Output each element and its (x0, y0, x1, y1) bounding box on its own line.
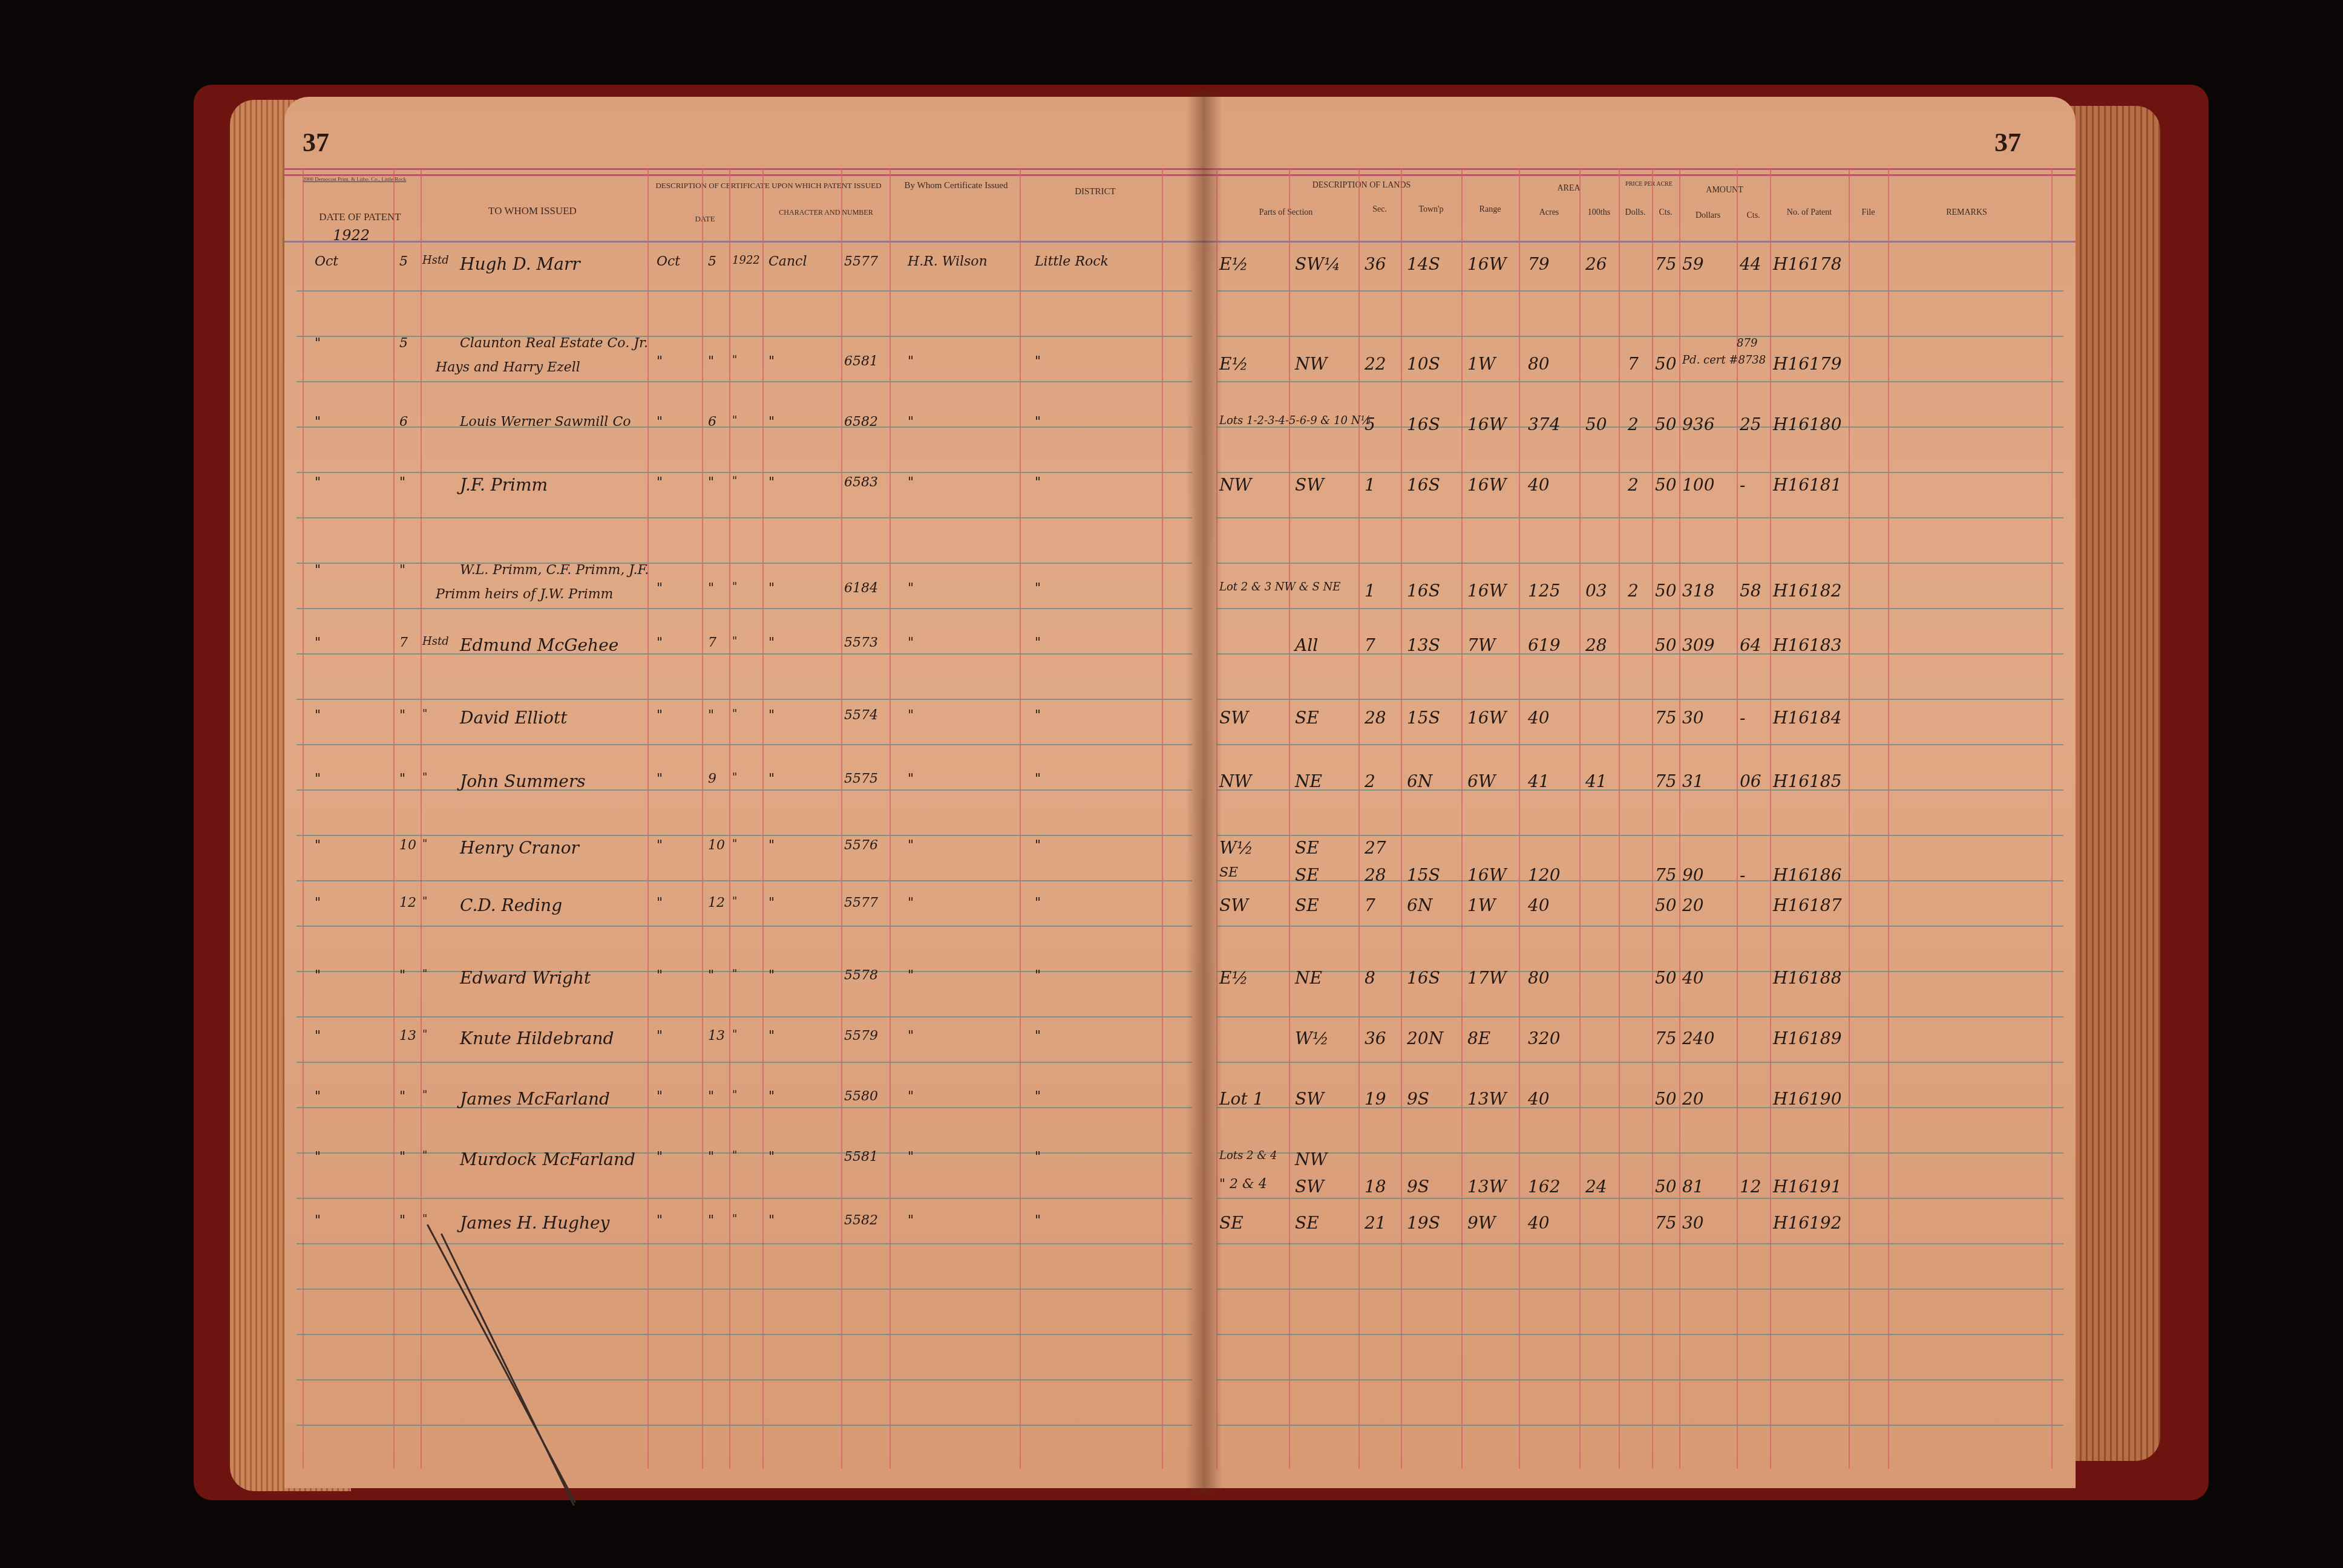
entry-type: " (422, 1149, 427, 1162)
patent-day: 5 (399, 254, 408, 269)
row-rule (297, 336, 1192, 337)
acres: 80 (1528, 968, 1550, 988)
header-100ths: 100ths (1579, 209, 1619, 218)
entry-type: " (422, 1028, 427, 1041)
section: 1 (1365, 581, 1375, 601)
row-rule (297, 381, 1192, 382)
section: 7 (1365, 895, 1375, 915)
section: 7 (1365, 635, 1375, 655)
column-rule (1679, 168, 1680, 1469)
cert-day: " (708, 1089, 714, 1104)
section: 36 (1365, 254, 1386, 274)
row-rule (297, 971, 1192, 972)
range: 13W (1467, 1089, 1506, 1109)
parts-of-section-1: Lot 1 (1219, 1089, 1263, 1109)
township: 16S (1407, 968, 1440, 988)
cert-character: " (768, 475, 775, 490)
row-rule (297, 835, 1192, 836)
issued-by: " (908, 581, 914, 596)
township: 14S (1407, 254, 1440, 274)
cert-number: 6582 (844, 414, 878, 430)
patent-day: " (399, 563, 405, 578)
parts-of-section-1: Lots 1-2-3-4-5-6-9 & 10 N½ (1219, 414, 1371, 427)
cert-character: " (768, 968, 775, 983)
header-no-of-patent: No. of Patent (1770, 209, 1849, 218)
printer-imprint: 2000 Democrat Print. & Litho. Co., Littl… (303, 176, 406, 182)
patent-day: " (399, 1149, 405, 1165)
range: 6W (1467, 771, 1496, 791)
price-cents: 50 (1655, 1177, 1677, 1197)
acres-hundredths: 28 (1585, 635, 1607, 655)
amount-dollars: 240 (1682, 1028, 1714, 1048)
header-parts-of-section: Parts of Section (1216, 209, 1355, 218)
issued-by: " (908, 635, 914, 650)
cert-character: " (768, 635, 775, 650)
row-rule (1216, 1425, 2063, 1426)
range: 16W (1467, 414, 1506, 434)
patent-day: " (399, 968, 405, 983)
row-rule (297, 1289, 1192, 1290)
section: 19 (1365, 1089, 1386, 1109)
row-rule (1216, 1062, 2063, 1063)
cert-year: " (732, 1028, 737, 1041)
header-top-rule-2 (1204, 174, 2076, 176)
acres-hundredths: 50 (1585, 414, 1607, 434)
cert-day: " (708, 708, 714, 723)
cert-month: " (657, 581, 663, 596)
parts-of-section-1: E½ (1219, 254, 1248, 274)
acres: 162 (1528, 1177, 1560, 1197)
header-certificate-group: DESCRIPTION OF CERTIFICATE UPON WHICH PA… (647, 181, 890, 190)
grantee-name: J.F. Primm (460, 475, 548, 495)
issued-by: " (908, 1149, 914, 1165)
header-top-rule-2 (284, 174, 1204, 176)
strike-through-line-2 (441, 1233, 575, 1506)
parts-of-section-2: All (1295, 635, 1318, 655)
cert-number: 5576 (844, 838, 878, 853)
price-cents: 50 (1655, 635, 1677, 655)
parts-of-section-2: SE (1295, 865, 1319, 885)
acres: 40 (1528, 1089, 1550, 1109)
acres: 80 (1528, 354, 1550, 374)
patent-number: H16188 (1773, 968, 1842, 988)
patent-day: " (399, 475, 405, 490)
row-rule (297, 1334, 1192, 1335)
row-rule (1216, 880, 2063, 881)
issued-by: " (908, 354, 914, 369)
cert-character: " (768, 414, 775, 430)
grantee-name: Claunton Real Estate Co. Jr. (460, 336, 648, 351)
price-cents: 50 (1655, 414, 1677, 434)
patent-day: 12 (399, 895, 416, 910)
header-cert-date: DATE (647, 215, 762, 223)
row-rule (1216, 835, 2063, 836)
right-page-number: 37 (1994, 127, 2021, 158)
column-rule (729, 168, 730, 1469)
issued-by: " (908, 1213, 914, 1228)
amount-cents: - (1740, 708, 1745, 728)
amount-dollars: 40 (1682, 968, 1704, 988)
patent-month: " (315, 635, 321, 650)
issued-by: " (908, 414, 914, 430)
amount-dollars: 31 (1682, 771, 1704, 791)
column-rule (1652, 168, 1653, 1469)
township: 9S (1407, 1089, 1429, 1109)
patent-number: H16181 (1773, 475, 1842, 495)
cert-character: " (768, 1149, 775, 1165)
entry-type: Hstd (422, 254, 449, 267)
row-rule (297, 1152, 1192, 1154)
cert-year: " (732, 895, 737, 908)
entry-type: " (422, 771, 427, 784)
row-rule (1216, 699, 2063, 700)
cert-year: " (732, 771, 737, 784)
section: 2 (1365, 771, 1375, 791)
section: 28 (1365, 865, 1386, 885)
range: 9W (1467, 1213, 1496, 1233)
price-cents: 50 (1655, 1089, 1677, 1109)
cert-month: " (657, 635, 663, 650)
entry-type: " (422, 968, 427, 981)
patent-month: Oct (315, 254, 338, 269)
header-bottom-rule (1204, 241, 2076, 243)
row-rule (297, 1062, 1192, 1063)
cert-number: 5580 (844, 1089, 878, 1104)
amount-dollars: 81 (1682, 1177, 1704, 1197)
section: 21 (1365, 1213, 1386, 1233)
row-rule (1216, 381, 2063, 382)
patent-month: " (315, 838, 321, 853)
township: 16S (1407, 414, 1440, 434)
amount-dollars: 318 (1682, 581, 1714, 601)
patent-month: " (315, 563, 321, 578)
cert-character: " (768, 708, 775, 723)
issued-by: " (908, 895, 914, 910)
row-rule (1216, 563, 2063, 564)
column-rule (1289, 168, 1290, 1469)
entry-type: " (422, 895, 427, 908)
acres: 320 (1528, 1028, 1560, 1048)
header-to-whom-issued: TO WHOM ISSUED (424, 206, 641, 217)
cert-number: 5573 (844, 635, 878, 650)
district: Little Rock (1035, 254, 1109, 269)
cert-year: " (732, 475, 737, 488)
cert-month: " (657, 771, 663, 786)
section: 5 (1365, 414, 1375, 434)
amount-cents: - (1740, 865, 1745, 885)
acres: 120 (1528, 865, 1560, 885)
patent-day: 13 (399, 1028, 416, 1044)
range: 7W (1467, 635, 1496, 655)
row-rule (297, 926, 1192, 927)
patent-number: H16178 (1773, 254, 1842, 274)
column-rule (762, 168, 764, 1469)
cert-month: " (657, 838, 663, 853)
amount-dollars: Pd. cert #8738 (1682, 354, 1766, 367)
cert-year: " (732, 838, 737, 851)
patent-month: " (315, 336, 321, 351)
acres-hundredths: 41 (1585, 771, 1607, 791)
grantee-name: Murdock McFarland (460, 1149, 635, 1169)
amount-dollars: 309 (1682, 635, 1714, 655)
cert-day: " (708, 1213, 714, 1228)
township: 6N (1407, 771, 1432, 791)
cert-month: " (657, 708, 663, 723)
township: 15S (1407, 708, 1440, 728)
cert-year: " (732, 708, 737, 720)
parts-of-section-2: SE (1295, 838, 1319, 858)
row-rule (1216, 608, 2063, 609)
cert-day: 12 (708, 895, 725, 910)
left-page: 37 2000 Democrat Print. & Litho. Co., Li… (284, 97, 1204, 1488)
header-district: DISTRICT (1029, 188, 1162, 197)
row-rule (1216, 1107, 2063, 1108)
year-label: 1922 (333, 227, 370, 244)
right-page: 37 DESCRIPTION OF LANDS Parts of Section… (1204, 97, 2076, 1488)
patent-number: H16191 (1773, 1177, 1842, 1197)
header-file: File (1849, 209, 1888, 218)
township: 16S (1407, 475, 1440, 495)
cert-day: 10 (708, 838, 725, 853)
header-remarks: REMARKS (1888, 209, 2045, 218)
column-rule (1619, 168, 1620, 1469)
cert-day: 6 (708, 414, 716, 430)
row-rule (297, 789, 1192, 791)
issued-by: " (908, 838, 914, 853)
patent-month: " (315, 1028, 321, 1044)
header-price-per-acre: PRICE PER ACRE (1619, 181, 1679, 188)
row-rule (1216, 517, 2063, 518)
header-date-of-patent: DATE OF PATENT (303, 212, 418, 223)
column-rule (841, 168, 842, 1469)
cert-year: " (732, 1213, 737, 1226)
district: " (1035, 1149, 1041, 1165)
district: " (1035, 354, 1041, 369)
cert-number: 5579 (844, 1028, 878, 1044)
cert-character: " (768, 1089, 775, 1104)
parts-of-section-1: W½ (1219, 838, 1253, 858)
acres: 41 (1528, 771, 1550, 791)
row-rule (297, 699, 1192, 700)
header-amount: AMOUNT (1679, 186, 1770, 195)
amount-cents: - (1740, 475, 1745, 495)
header-amount-cts: Cts. (1737, 212, 1770, 221)
district: " (1035, 838, 1041, 853)
entry-type: " (422, 838, 427, 851)
township: 10S (1407, 354, 1440, 374)
township: 9S (1407, 1177, 1429, 1197)
cert-month: " (657, 895, 663, 910)
row-rule (1216, 1152, 2063, 1154)
row-rule (1216, 653, 2063, 655)
patent-number: H16184 (1773, 708, 1842, 728)
amount-cents: 25 (1740, 414, 1761, 434)
parts-of-section-1: SW (1219, 895, 1248, 915)
cert-year: " (732, 414, 737, 427)
column-rule (1770, 168, 1771, 1469)
issued-by: H.R. Wilson (908, 254, 988, 269)
grantee-name: James McFarland (460, 1089, 610, 1109)
cert-month: " (657, 1213, 663, 1228)
parts-of-section-2: SE (1295, 1213, 1319, 1233)
section: 18 (1365, 1177, 1386, 1197)
row-rule (297, 517, 1192, 518)
row-rule (1216, 1379, 2063, 1380)
amount-cents: 64 (1740, 635, 1761, 655)
price-cents: 75 (1655, 771, 1677, 791)
column-rule (1849, 168, 1850, 1469)
cert-month: " (657, 968, 663, 983)
township: 13S (1407, 635, 1440, 655)
section: 1 (1365, 475, 1375, 495)
row-rule (1216, 744, 2063, 745)
patent-number: H16192 (1773, 1213, 1842, 1233)
cert-month: Oct (657, 254, 680, 269)
cert-number: 6184 (844, 581, 878, 596)
header-character-number: CHARACTER AND NUMBER (762, 209, 890, 217)
amount-dollars: 90 (1682, 865, 1704, 885)
grantee-name: Louis Werner Sawmill Co (460, 414, 631, 430)
row-rule (297, 1016, 1192, 1018)
header-range: Range (1461, 206, 1519, 215)
right-page-stack (2069, 106, 2160, 1461)
parts-of-section-1: SW (1219, 708, 1248, 728)
entry-type: " (422, 708, 427, 720)
district: " (1035, 708, 1041, 723)
patent-month: " (315, 1089, 321, 1104)
cert-character: " (768, 581, 775, 596)
parts-of-section-2: SW (1295, 475, 1324, 495)
cert-year: " (732, 581, 737, 593)
patent-day: 10 (399, 838, 416, 853)
parts-of-section-2: SW (1295, 1089, 1324, 1109)
district: " (1035, 771, 1041, 786)
header-by-whom: By Whom Certificate Issued (893, 181, 1020, 191)
cert-month: " (657, 1028, 663, 1044)
row-rule (297, 563, 1192, 564)
cert-year: " (732, 354, 737, 367)
cert-year: " (732, 1149, 737, 1162)
cert-character: Cancl (768, 254, 807, 269)
patent-month: " (315, 895, 321, 910)
district: " (1035, 581, 1041, 596)
header-cts: Cts. (1652, 209, 1679, 218)
patent-number: H16182 (1773, 581, 1842, 601)
row-rule (297, 653, 1192, 655)
entry-type: " (422, 1213, 427, 1226)
price-dollars: 2 (1628, 475, 1639, 495)
row-rule (1216, 1198, 2063, 1199)
column-rule (1579, 168, 1581, 1469)
row-rule (297, 1107, 1192, 1108)
row-rule (297, 472, 1192, 473)
price-cents: 75 (1655, 708, 1677, 728)
cert-number: 5575 (844, 771, 878, 786)
patent-day: 6 (399, 414, 408, 430)
price-cents: 75 (1655, 1213, 1677, 1233)
cert-year: " (732, 1089, 737, 1102)
amount-dollars: 30 (1682, 708, 1704, 728)
acres-hundredths: 03 (1585, 581, 1607, 601)
cert-month: " (657, 1149, 663, 1165)
acres: 79 (1528, 254, 1550, 274)
parts-of-section-2: NE (1295, 968, 1322, 988)
cert-day: 7 (708, 635, 716, 650)
range: 16W (1467, 475, 1506, 495)
row-rule (1216, 926, 2063, 927)
amount-dollars: 30 (1682, 1213, 1704, 1233)
cert-number: 5577 (844, 895, 878, 910)
column-rule (1401, 168, 1402, 1469)
patent-month: " (315, 1149, 321, 1165)
issued-by: " (908, 968, 914, 983)
column-rule (2051, 168, 2053, 1469)
column-rule (1888, 168, 1889, 1469)
acres: 40 (1528, 895, 1550, 915)
parts-of-section-1: E½ (1219, 968, 1248, 988)
header-top-rule (284, 168, 1204, 170)
header-acres: Acres (1519, 209, 1579, 218)
district: " (1035, 968, 1041, 983)
strike-through-line-1 (427, 1224, 576, 1503)
parts-of-section-2: NE (1295, 771, 1322, 791)
parts-of-section-1: Lots 2 & 4 (1219, 1149, 1277, 1162)
row-rule (1216, 789, 2063, 791)
patent-day: 5 (399, 336, 408, 351)
row-rule (1216, 971, 2063, 972)
cert-character: " (768, 895, 775, 910)
row-rule (1216, 1334, 2063, 1335)
parts-of-section-2: SE (1295, 895, 1319, 915)
column-rule (1358, 168, 1360, 1469)
district: " (1035, 635, 1041, 650)
amount-dollars: 20 (1682, 895, 1704, 915)
column-rule (702, 168, 703, 1469)
cert-day: " (708, 581, 714, 596)
range: 16W (1467, 708, 1506, 728)
parts-of-section-1: " 2 & 4 (1219, 1177, 1267, 1192)
patent-day: " (399, 1213, 405, 1228)
patent-number: H16185 (1773, 771, 1842, 791)
entry-type: Hstd (422, 635, 449, 648)
price-cents: 75 (1655, 865, 1677, 885)
patent-number: H16190 (1773, 1089, 1842, 1109)
row-rule (297, 1243, 1192, 1244)
amount-note: 879 (1737, 337, 1757, 350)
patent-day: " (399, 708, 405, 723)
district: " (1035, 414, 1041, 430)
row-rule (1216, 290, 2063, 292)
cert-year: " (732, 968, 737, 981)
row-rule (1216, 1243, 2063, 1244)
section: 8 (1365, 968, 1375, 988)
section: 36 (1365, 1028, 1386, 1048)
acres: 125 (1528, 581, 1560, 601)
acres: 40 (1528, 708, 1550, 728)
amount-cents: 06 (1740, 771, 1761, 791)
price-cents: 50 (1655, 968, 1677, 988)
column-rule (1162, 168, 1163, 1469)
row-rule (1216, 472, 2063, 473)
range: 13W (1467, 1177, 1506, 1197)
price-cents: 50 (1655, 895, 1677, 915)
district: " (1035, 475, 1041, 490)
grantee-name: C.D. Reding (460, 895, 562, 915)
column-rule (303, 168, 304, 1469)
cert-month: " (657, 414, 663, 430)
parts-of-section-2: SE (1295, 708, 1319, 728)
price-cents: 50 (1655, 475, 1677, 495)
